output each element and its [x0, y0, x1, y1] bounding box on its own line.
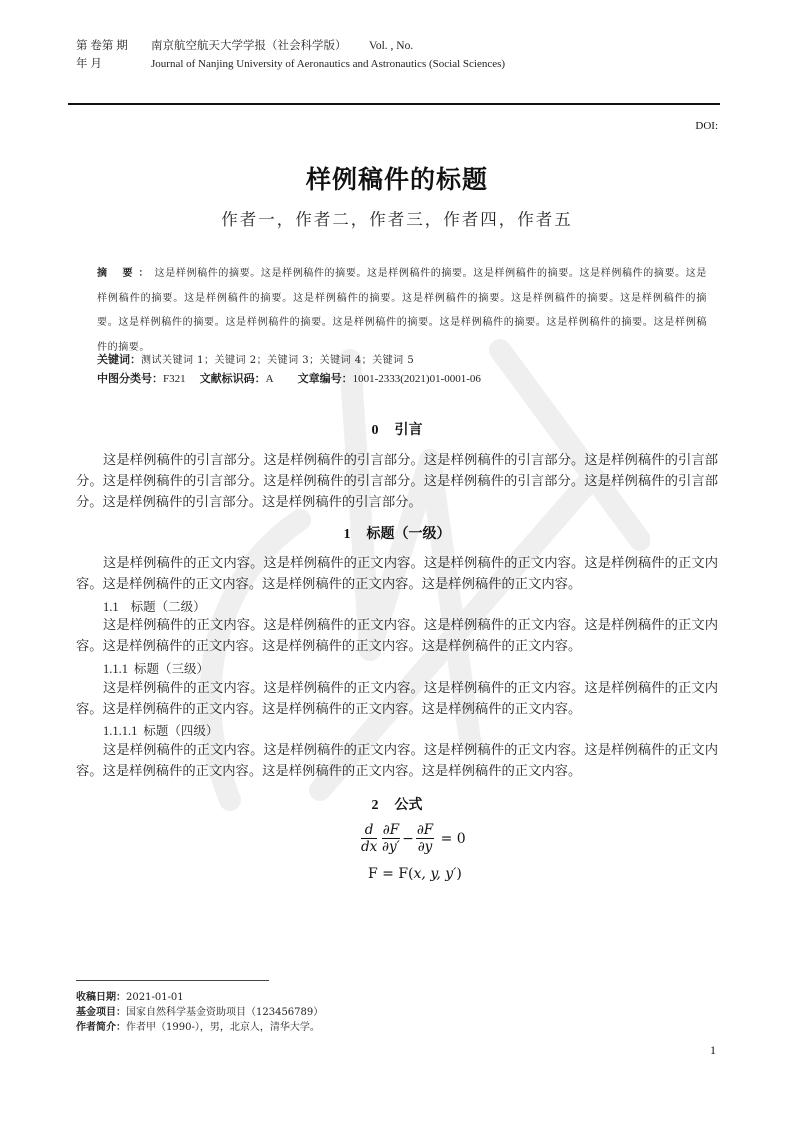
equation-euler-lagrange: ddx ∂F∂y′−∂F∂y = 0 [361, 822, 468, 856]
abstract: 摘 要：这是样例稿件的摘要。这是样例稿件的摘要。这是样例稿件的摘要。这是样例稿件… [97, 262, 707, 360]
header-journal-en: Journal of Nanjing University of Aeronau… [151, 56, 505, 73]
section-1-paragraph: 这是样例稿件的正文内容。这是样例稿件的正文内容。这是样例稿件的正文内容。这是样例… [76, 553, 718, 595]
article-no-label: 文章编号： [298, 372, 353, 385]
header-issue-label: 第 卷第 期 [76, 38, 128, 55]
clc-value: F321 [163, 373, 186, 385]
fraction-dF-dyprime: ∂F∂y′ [382, 822, 400, 856]
footnote-received: 收稿日期：2021-01-01 [76, 988, 184, 1003]
page-number: 1 [710, 1043, 716, 1058]
subsection-1-1-1-paragraph: 这是样例稿件的正文内容。这是样例稿件的正文内容。这是样例稿件的正文内容。这是样例… [76, 678, 718, 720]
section-0-paragraph: 这是样例稿件的引言部分。这是样例稿件的引言部分。这是样例稿件的引言部分。这是样例… [76, 450, 718, 513]
footnote-author-bio: 作者简介：作者甲（1990-），男，北京人，清华大学。 [76, 1018, 320, 1033]
fraction-dF-dy: ∂F∂y [416, 822, 434, 856]
section-heading-0: 0引言 [0, 419, 794, 439]
subsection-heading-1-1-1-1: 1.1.1.1标题（四级） [103, 721, 218, 739]
keywords-label: 关键词： [97, 353, 141, 366]
section-heading-2: 2公式 [0, 794, 794, 814]
subsection-heading-1-1-1: 1.1.1标题（三级） [103, 659, 209, 677]
subsection-1-1-paragraph: 这是样例稿件的正文内容。这是样例稿件的正文内容。这是样例稿件的正文内容。这是样例… [76, 615, 718, 657]
paper-title: 样例稿件的标题 [0, 160, 794, 196]
header-volume: Vol. , No. [369, 38, 413, 55]
keywords: 关键词：测试关键词 1；关键词 2；关键词 3；关键词 4；关键词 5 [97, 351, 414, 367]
footnote-rule [76, 980, 269, 981]
doi-label: DOI: [695, 120, 718, 132]
article-no-value: 1001-2333(2021)01-0001-06 [353, 373, 481, 385]
abstract-text: 这是样例稿件的摘要。这是样例稿件的摘要。这是样例稿件的摘要。这是样例稿件的摘要。… [97, 268, 707, 353]
section-heading-1: 1标题（一级） [0, 523, 794, 543]
equation-functional: F = F(x, y, y′) [368, 866, 462, 882]
clc-label: 中图分类号： [97, 372, 163, 385]
subsection-heading-1-1: 1.1标题（二级） [103, 597, 206, 615]
doc-code-value: A [266, 373, 274, 385]
footnote-fund: 基金项目：国家自然科学基金资助项目（123456789） [76, 1003, 323, 1018]
header-rule [68, 103, 720, 105]
subsection-1-1-1-1-paragraph: 这是样例稿件的正文内容。这是样例稿件的正文内容。这是样例稿件的正文内容。这是样例… [76, 740, 718, 782]
fraction-d-dx: ddx [361, 822, 377, 856]
author-list: 作者一，作者二，作者三，作者四，作者五 [0, 206, 794, 230]
doc-code-label: 文献标识码： [200, 372, 266, 385]
header-journal-cn: 南京航空航天大学学报（社会科学版） [151, 38, 347, 55]
header-date-label: 年 月 [76, 56, 102, 73]
abstract-label: 摘 要： [97, 268, 155, 279]
classification-line: 中图分类号：F321文献标识码：A文章编号：1001-2333(2021)01-… [97, 370, 481, 386]
keywords-value: 测试关键词 1；关键词 2；关键词 3；关键词 4；关键词 5 [141, 355, 414, 366]
